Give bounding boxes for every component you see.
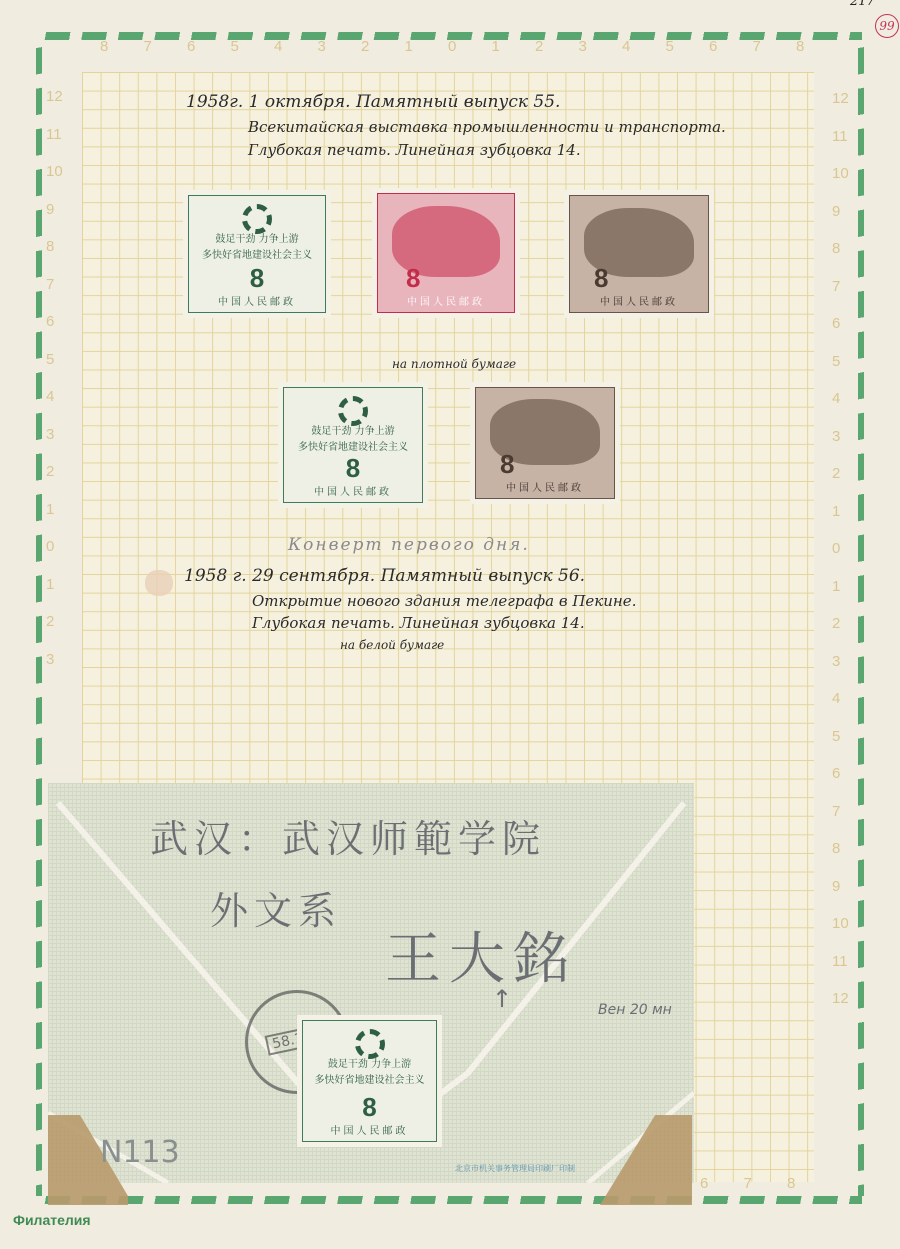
stamp-value: 8 (406, 263, 420, 294)
stamp-brown-horsemen-thick: 8 中国人民邮政 (470, 382, 620, 504)
ruler-label: 3 (318, 38, 326, 55)
ruler-label: 1 (832, 578, 840, 595)
ruler-label: 1 (492, 38, 500, 55)
stamp-brown-horsemen: 8 中国人民邮政 (564, 190, 714, 318)
ruler-label: 2 (361, 38, 369, 55)
ruler-label: 4 (622, 38, 630, 55)
border-ornament-left (36, 40, 42, 1196)
ruler-label: 4 (832, 390, 840, 407)
ruler-label: 8 (832, 840, 840, 857)
ruler-label: 2 (832, 465, 840, 482)
ruler-label: 1 (46, 576, 54, 593)
stamp-value: 8 (346, 453, 360, 484)
paper-note-thick: на плотной бумаге (392, 357, 516, 371)
ruler-label: 6 (46, 313, 54, 330)
ruler-label: 7 (753, 38, 761, 55)
stamp-value: 8 (362, 1092, 376, 1123)
issue56-heading: 1958 г. 29 сентября. Памятный выпуск 56. (184, 566, 585, 586)
ruler-label: 11 (46, 126, 62, 143)
ruler-label: 4 (274, 38, 282, 55)
ruler-label: 9 (46, 201, 54, 218)
corner-mark: 217 (850, 0, 875, 9)
stamp-slogan: 鼓足干劲 力争上游 (290, 424, 416, 440)
issue56-title: Открытие нового здания телеграфа в Пекин… (252, 592, 636, 610)
ruler-label: 10 (832, 915, 849, 932)
catalog-mark: N113 (100, 1135, 180, 1170)
stamp-value: 8 (500, 449, 514, 480)
ruler-label: 7 (832, 278, 840, 295)
stamp-country: 中国人民邮政 (476, 479, 614, 494)
paper-note-white: на белой бумаге (340, 638, 444, 652)
publisher-label: Филателия (13, 1212, 91, 1228)
ruler-label: 6 (832, 315, 840, 332)
stamp-country: 中国人民邮政 (570, 293, 708, 308)
ruler-label: 3 (46, 651, 54, 668)
issue55-heading: 1958г. 1 октября. Памятный выпуск 55. (186, 92, 560, 112)
stamp-value: 8 (594, 263, 608, 294)
ruler-label: 8 (832, 240, 840, 257)
stamp-slogan: 多快好省地建设社会主义 (195, 248, 319, 264)
ruler-label: 6 (187, 38, 195, 55)
ruler-label: 0 (832, 540, 840, 557)
ruler-label: 2 (46, 463, 54, 480)
ruler-label: 10 (46, 163, 63, 180)
border-ornament-right (858, 40, 864, 1196)
ruler-label: 8 (46, 238, 54, 255)
gear-emblem-icon (242, 204, 272, 234)
issue55-print-info: Глубокая печать. Линейная зубцовка 14. (248, 141, 581, 159)
stamp-green-exhibition: 鼓足干劲 力争上游多快好省地建设社会主义 8 中国人民邮政 (183, 190, 331, 318)
ruler-label: 3 (579, 38, 587, 55)
ruler-label: 2 (535, 38, 543, 55)
ruler-label: 2 (46, 613, 54, 630)
stamp-slogan: 鼓足干劲 力争上游 (195, 232, 319, 248)
ruler-label: 3 (832, 653, 840, 670)
ruler-label: 7 (832, 803, 840, 820)
ruler-label: 6 (709, 38, 717, 55)
issue56-print-info: Глубокая печать. Линейная зубцовка 14. (252, 614, 585, 632)
ruler-label: 11 (832, 128, 848, 145)
sender-name: 王大銘 (385, 915, 577, 995)
ruler-label: 11 (832, 953, 848, 970)
ruler-label: 2 (832, 615, 840, 632)
ruler-label: 7 (744, 1175, 752, 1192)
ruler-label: 9 (832, 203, 840, 220)
ruler-label: 5 (46, 351, 54, 368)
ruler-label: 6 (832, 765, 840, 782)
ruler-label: 8 (787, 1175, 795, 1192)
stamp-green-exhibition-thick: 鼓足干劲 力争上游多快好省地建设社会主义 8 中国人民邮政 (278, 382, 428, 508)
ruler-label: 6 (700, 1175, 708, 1192)
ruler-label: 5 (832, 353, 840, 370)
ruler-label: 5 (832, 728, 840, 745)
ruler-label: 4 (832, 690, 840, 707)
stamp-value: 8 (250, 263, 264, 294)
ruler-label: 10 (832, 165, 849, 182)
stamp-slogan: 鼓足干劲 力争上游 (309, 1057, 430, 1073)
gear-emblem-icon (355, 1029, 385, 1059)
ruler-label: 8 (100, 38, 108, 55)
ruler-label: 4 (46, 388, 54, 405)
ruler-label: 12 (46, 88, 63, 105)
ruler-label: 1 (832, 503, 840, 520)
ruler-label: 3 (832, 428, 840, 445)
arrow-mark-icon: ↑ (492, 985, 512, 1013)
paper-stain (145, 570, 173, 596)
stamp-country: 中国人民邮政 (284, 483, 422, 498)
stamp-red-dragon-boat: 8 中国人民邮政 (372, 188, 520, 318)
border-ornament-bottom (40, 1196, 862, 1204)
ruler-label: 0 (448, 38, 456, 55)
pencil-note: Вен 20 мн (598, 1002, 672, 1018)
ruler-label: 1 (46, 501, 54, 518)
printer-imprint: 北京市机关事务管理局印刷厂印制 (455, 1163, 575, 1174)
issue55-title: Всекитайская выставка промышленности и т… (248, 118, 726, 136)
ruler-label: 12 (832, 90, 849, 107)
ruler-label: 0 (46, 538, 54, 555)
ruler-label: 7 (46, 276, 54, 293)
ruler-label: 9 (832, 878, 840, 895)
ruler-label: 7 (144, 38, 152, 55)
address-line2: 外文系 (210, 880, 342, 935)
stamp-country: 中国人民邮政 (378, 293, 514, 308)
ruler-label: 1 (405, 38, 413, 55)
gear-emblem-icon (338, 396, 368, 426)
fdc-title: Конверт первого дня. (288, 535, 530, 555)
ruler-label: 12 (832, 990, 849, 1007)
stamp-country: 中国人民邮政 (189, 293, 325, 308)
page-number: 99 (875, 14, 899, 38)
stamp-country: 中国人民邮政 (303, 1122, 436, 1137)
ruler-label: 5 (231, 38, 239, 55)
stamp-slogan: 多快好省地建设社会主义 (309, 1073, 430, 1089)
address-line1: 武汉：武汉师範学院 (150, 808, 546, 863)
ruler-label: 5 (666, 38, 674, 55)
ruler-label: 8 (796, 38, 804, 55)
stamp-on-cover: 鼓足干劲 力争上游多快好省地建设社会主义 8 中国人民邮政 (297, 1015, 442, 1147)
ruler-label: 3 (46, 426, 54, 443)
